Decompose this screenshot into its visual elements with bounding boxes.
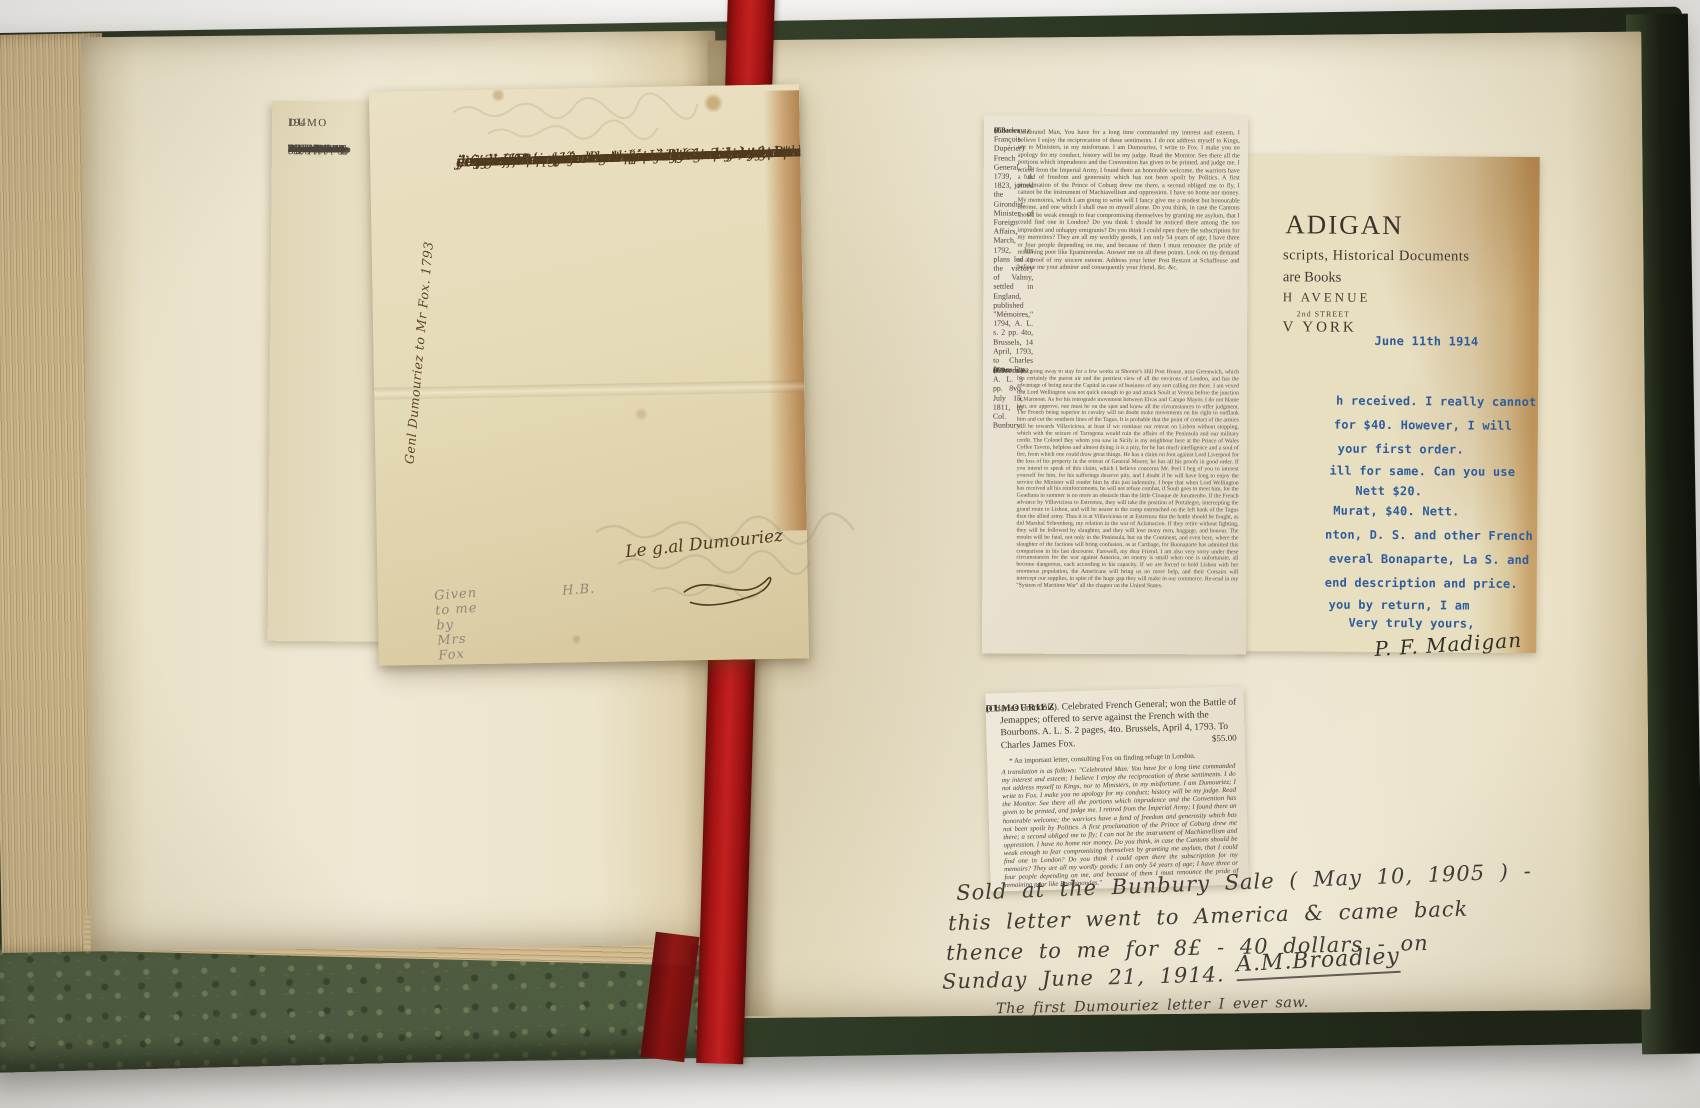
letterhead-name: ADIGAN bbox=[1285, 209, 1404, 241]
typed-body-line: Murat, $40. Nett. bbox=[1333, 504, 1459, 519]
photo-open-autograph-album: 194 DUMO the differentto talk tothey wou… bbox=[0, 0, 1700, 1108]
letterhead-line: H AVENUE bbox=[1283, 289, 1371, 306]
typed-body-line: Nett $20. bbox=[1355, 484, 1422, 498]
typed-body-line: ill for same. Can you use bbox=[1329, 464, 1515, 479]
pencil-note-text: Given to me by Mrs Fox bbox=[434, 586, 482, 664]
catalog-entry-658: 658 Dumouriez (Charles François Dupérier… bbox=[994, 126, 1240, 127]
typed-body-line: h received. I really cannot bbox=[1336, 394, 1537, 409]
typed-date: June 11th 1914 bbox=[1374, 334, 1478, 349]
typed-dealer-letter: ADIGAN scripts, Historical Documents are… bbox=[1236, 155, 1539, 653]
letterhead-line: scripts, Historical Documents bbox=[1283, 247, 1470, 265]
catalog-clipping-top: 658 Dumouriez (Charles François Dupérier… bbox=[982, 116, 1248, 655]
typed-body-line: for $40. However, I will bbox=[1334, 418, 1512, 433]
manuscript-text: croyés vous qu'en cas que les Cantons ay… bbox=[456, 144, 792, 154]
lot-quoted-text: I am going away to stay for a few weeks … bbox=[1016, 369, 1239, 591]
catalog-clipping-bottom: DUMOURIEZ (Charles Francois). Celebrated… bbox=[985, 686, 1248, 891]
typed-body-line: your first order. bbox=[1338, 442, 1464, 457]
letter-docket-vertical: Genl Dumouriez to Mr Fox. 1793 bbox=[402, 232, 437, 464]
show-through-marks bbox=[447, 89, 748, 146]
typed-body-line: nton, D. S. and other French bbox=[1325, 528, 1533, 543]
lot-heading-rest: (Charles Francois). Celebrated French Ge… bbox=[1000, 696, 1249, 752]
printed-line: a proof of my bbox=[288, 143, 346, 158]
lot-price: $55.00 bbox=[1212, 733, 1237, 744]
typed-body-line: you by return, I am bbox=[1329, 598, 1470, 613]
letterhead-line: 2nd STREET bbox=[1297, 309, 1350, 318]
letter-crease bbox=[374, 380, 804, 400]
running-title: DUMO bbox=[288, 117, 328, 129]
typed-body-line: end description and price. bbox=[1325, 576, 1518, 591]
letterhead-line: V YORK bbox=[1282, 319, 1356, 337]
typed-body-line: everal Bonaparte, La S. and bbox=[1329, 552, 1530, 567]
lot-quoted-text: Celebrated Man, You have for a long time… bbox=[1017, 129, 1239, 272]
typed-closing: Very truly yours, bbox=[1348, 616, 1474, 631]
letterhead-line: are Books bbox=[1283, 269, 1342, 286]
manuscript-line: et par consequent votre ami bbox=[456, 148, 670, 183]
show-through-marks bbox=[588, 512, 908, 604]
lot-heading: DUMOURIEZ (Charles Francois). Celebrated… bbox=[1000, 696, 1248, 703]
